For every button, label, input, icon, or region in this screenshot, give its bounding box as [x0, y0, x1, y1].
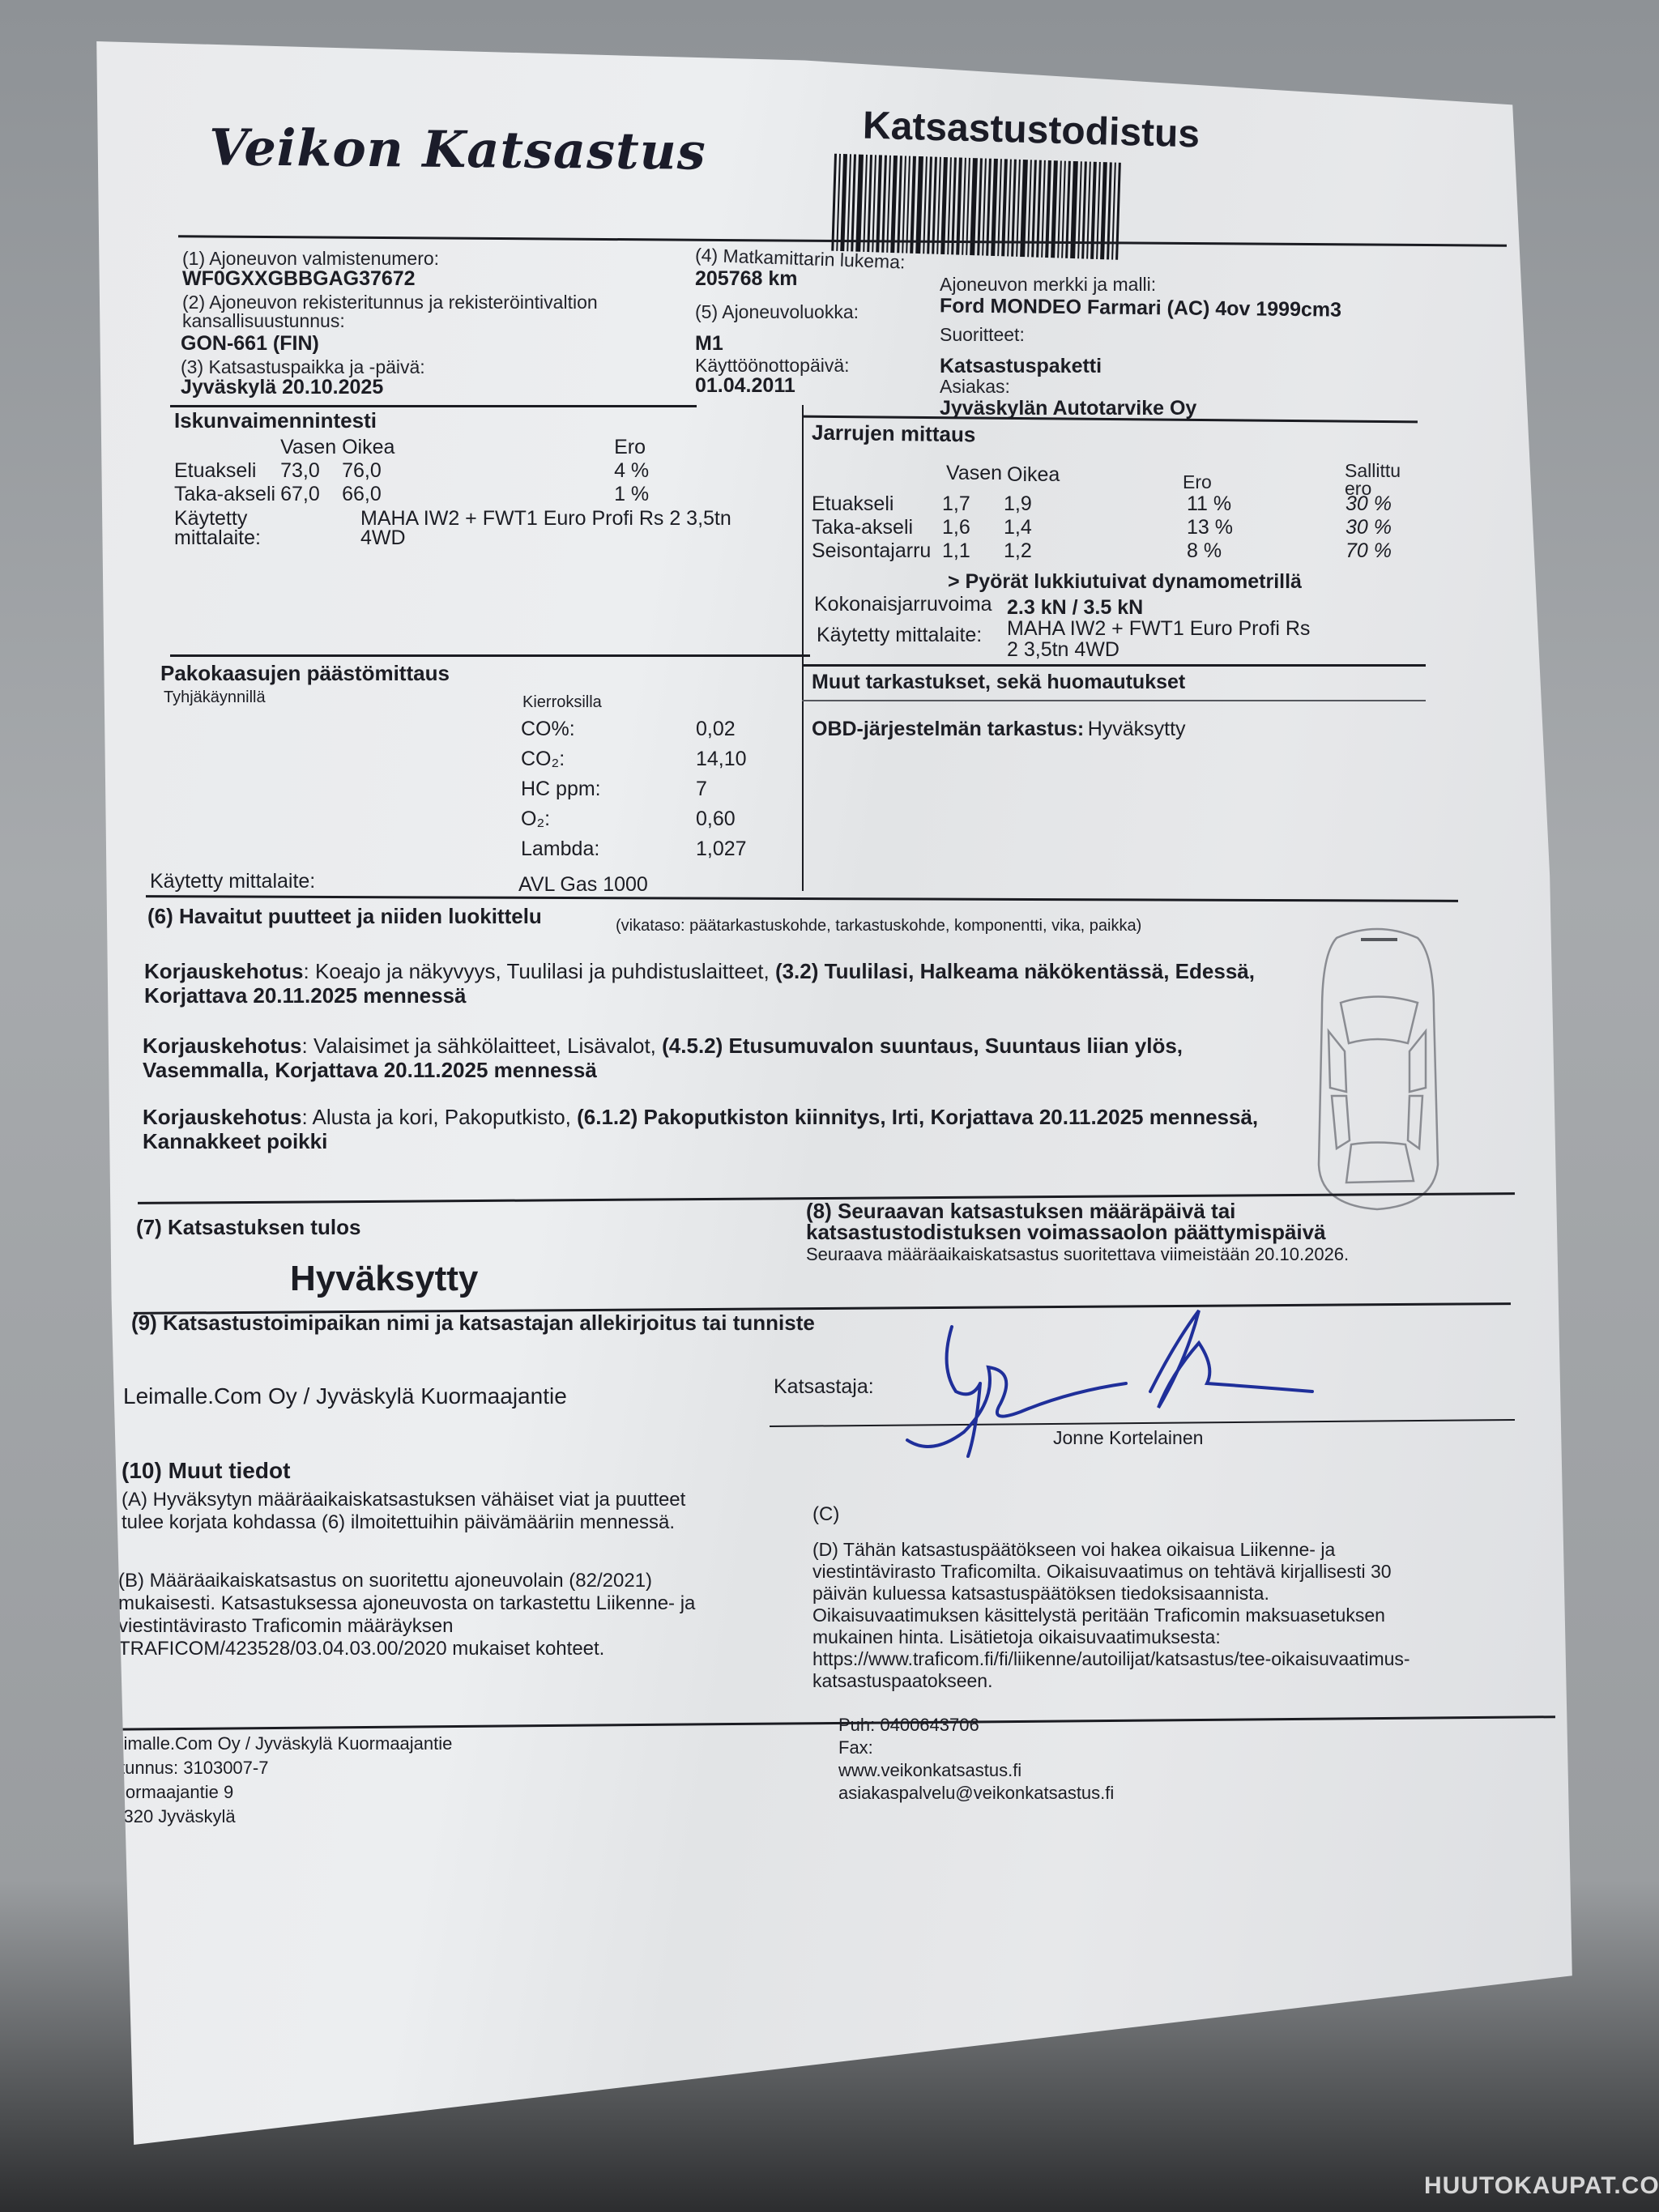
first-use-label: Käyttöönottopäivä: [695, 355, 850, 377]
table-row: HC ppm:7 [521, 778, 752, 808]
table-row: O₂:0,60 [521, 808, 752, 837]
obd-check: OBD-järjestelmän tarkastus: Hyväksytty [812, 718, 1186, 741]
rpm-label: Kierroksilla [522, 693, 602, 712]
column-divider [802, 405, 804, 891]
defects-subtitle: (vikataso: päätarkastuskohde, tarkastusk… [616, 917, 1141, 936]
barcode [831, 154, 1264, 265]
table-row: Taka-akseli67,066,01 % [174, 483, 654, 506]
brake-device-value-2: 2 3,5tn 4WD [1007, 638, 1120, 662]
vin-value: WF0GXXGBBGAG37672 [182, 267, 416, 291]
other-info-b: (B) Määräaikaiskatsastus on suoritettu a… [118, 1570, 695, 1660]
signature-icon [859, 1294, 1426, 1473]
first-use-value: 01.04.2011 [695, 374, 795, 398]
class-value: M1 [695, 332, 723, 356]
registration-label-2: kansallisuustunnus: [182, 310, 345, 332]
shock-device-label-2: mittalaite: [174, 526, 261, 550]
defects-title: (6) Havaitut puutteet ja niiden luokitte… [147, 904, 542, 929]
divider [146, 895, 1458, 902]
table-row: CO₂:14,10 [521, 748, 752, 778]
class-label: (5) Ajoneuvoluokka: [695, 301, 859, 323]
other-info-d: (D) Tähän katsastuspäätökseen voi hakea … [812, 1539, 1410, 1692]
divider [105, 1715, 1555, 1731]
watermark: HUUTOKAUPAT.COM [1424, 2172, 1659, 2200]
page-number: Sivu 1/1 [1547, 2064, 1591, 2078]
emissions-device-label: Käytetty mittalaite: [150, 870, 315, 893]
website-link[interactable]: www.veikonkatsastus.fi [838, 1759, 1114, 1782]
emissions-device-value: AVL Gas 1000 [518, 873, 648, 897]
shock-test-table: VasenOikeaEro Etuakseli73,076,04 % Taka-… [174, 436, 654, 506]
next-inspection-title-2: katsastustodistuksen voimassaolon päätty… [806, 1220, 1326, 1245]
defect-item: Korjauskehotus: Alusta ja kori, Pakoputk… [143, 1105, 1260, 1153]
emissions-title: Pakokaasujen päästömittaus [160, 661, 450, 686]
brake-col-left: Vasen [946, 462, 1002, 485]
other-checks-title: Muut tarkastukset, sekä huomautukset [812, 671, 1185, 694]
make-model-value: Ford MONDEO Farmari (AC) 4ov 1999cm3 [940, 294, 1341, 322]
table-row: CO%:0,02 [521, 718, 752, 748]
email-link[interactable]: asiakaspalvelu@veikonkatsastus.fi [838, 1782, 1114, 1805]
company-logo: Veikon Katsastus [209, 117, 706, 181]
brake-total-value: 2.3 kN / 3.5 kN [1007, 596, 1143, 620]
services-label: Suoritteet: [940, 324, 1025, 346]
table-row: Etuakseli73,076,04 % [174, 459, 654, 483]
odometer-value: 205768 km [695, 267, 798, 291]
defect-item: Korjauskehotus: Valaisimet ja sähkölaitt… [143, 1034, 1260, 1082]
next-inspection-text: Seuraava määräaikaiskatsastus suoritetta… [806, 1244, 1349, 1265]
result-title: (7) Katsastuksen tulos [136, 1215, 360, 1240]
other-info-a: (A) Hyväksytyn määräaikaiskatsastuksen v… [122, 1489, 685, 1534]
brake-col-diff: Ero [1183, 471, 1212, 493]
brake-note: > Pyörät lukkiutuivat dynamometrillä [948, 570, 1302, 594]
car-diagram-icon [1304, 922, 1450, 1221]
station-name: Leimalle.Com Oy / Jyväskylä Kuormaajanti… [123, 1383, 567, 1409]
document-title: Katsastustodistus [862, 104, 1200, 157]
place-date-value: Jyväskylä 20.10.2025 [181, 376, 383, 399]
shock-device-value-2: 4WD [360, 526, 406, 550]
company-info: Leimalle.Com Oy / Jyväskylä Kuormaajanti… [104, 1732, 452, 1829]
result-value: Hyväksytty [290, 1259, 478, 1299]
divider [170, 654, 810, 657]
brake-col-right: Oikea [1007, 463, 1060, 487]
make-label: Ajoneuvon merkki ja malli: [940, 274, 1156, 296]
inspection-certificate: Veikon Katsastus Katsastustodistus (1) A… [89, 31, 1580, 2145]
defect-item: Korjauskehotus: Koeajo ja näkyvyys, Tuul… [144, 959, 1262, 1008]
brake-total-label: Kokonaisjarruvoima [814, 593, 992, 616]
table-row: Taka-akseli1,61,413 %30 % [812, 516, 1397, 539]
brake-device-value: MAHA IW2 + FWT1 Euro Profi Rs [1007, 617, 1310, 641]
table-row: Etuakseli1,71,911 %30 % [812, 492, 1397, 516]
vin-label: (1) Ajoneuvon valmistenumero: [182, 248, 439, 270]
registration-value: GON-661 (FIN) [181, 332, 319, 356]
brake-device-label: Käytetty mittalaite: [817, 624, 982, 647]
customer-label: Asiakas: [940, 376, 1010, 398]
other-info-c: (C) [812, 1503, 839, 1526]
idle-label: Tyhjäkäynnillä [164, 688, 266, 707]
divider [802, 664, 1426, 667]
brake-test-table: Etuakseli1,71,911 %30 % Taka-akseli1,61,… [812, 492, 1397, 563]
shock-device-value: MAHA IW2 + FWT1 Euro Profi Rs 2 3,5tn [360, 507, 731, 531]
services-value: Katsastuspaketti [940, 355, 1102, 378]
signature-title: (9) Katsastustoimipaikan nimi ja katsast… [131, 1311, 815, 1336]
table-row: Seisontajarru1,11,28 %70 % [812, 539, 1397, 563]
divider [170, 405, 697, 407]
emissions-table: CO%:0,02 CO₂:14,10 HC ppm:7 O₂:0,60 Lamb… [521, 718, 752, 861]
contact-info: Puh: 0400643706 Fax: www.veikonkatsastus… [838, 1714, 1114, 1805]
divider [802, 700, 1426, 701]
shock-test-title: Iskunvaimennintesti [174, 408, 377, 433]
table-row: Lambda:1,027 [521, 837, 752, 861]
brake-test-title: Jarrujen mittaus [812, 420, 976, 448]
other-info-title: (10) Muut tiedot [122, 1458, 290, 1484]
place-label: (3) Katsastuspaikka ja -päivä: [181, 356, 425, 378]
